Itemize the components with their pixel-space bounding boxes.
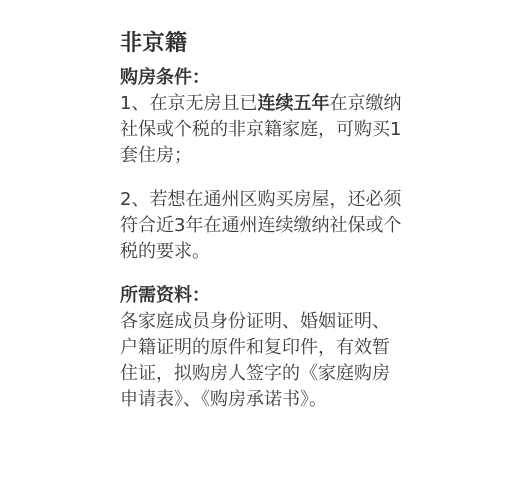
text-line: 户籍证明的原件和复印件，有效暂 xyxy=(120,335,430,361)
required-documents-body: 各家庭成员身份证明、婚姻证明、 户籍证明的原件和复印件，有效暂 住证，拟购房人签… xyxy=(120,309,430,413)
text-line: 各家庭成员身份证明、婚姻证明、 xyxy=(120,309,430,335)
text-line: 套住房； xyxy=(120,143,430,169)
text-run-bold: 连续五年 xyxy=(257,93,329,114)
page-title: 非京籍 xyxy=(120,30,430,58)
section-purchase-conditions: 购房条件： 1、在京无房且已连续五年在京缴纳 社保或个税的非京籍家庭，可购买1 … xyxy=(120,65,430,265)
article: 非京籍 购房条件： 1、在京无房且已连续五年在京缴纳 社保或个税的非京籍家庭，可… xyxy=(120,30,430,413)
text-line: 社保或个税的非京籍家庭，可购买1 xyxy=(120,117,430,143)
text-line: 税的要求。 xyxy=(120,239,430,265)
text-line: 符合近3年在通州连续缴纳社保或个 xyxy=(120,213,430,239)
required-documents-heading: 所需资料： xyxy=(120,283,430,309)
text-run: 在京缴纳 xyxy=(329,93,401,114)
text-line: 申请表》、《购房承诺书》。 xyxy=(120,387,430,413)
condition-item-1: 1、在京无房且已连续五年在京缴纳 社保或个税的非京籍家庭，可购买1 套住房； xyxy=(120,91,430,169)
section-required-documents: 所需资料： 各家庭成员身份证明、婚姻证明、 户籍证明的原件和复印件，有效暂 住证… xyxy=(120,283,430,413)
purchase-conditions-heading: 购房条件： xyxy=(120,65,430,91)
text-run: 1、在京无房且已 xyxy=(120,93,257,114)
faint-watermark: · · · · · · · · xyxy=(248,488,468,498)
condition-item-2: 2、若想在通州区购买房屋，还必须 符合近3年在通州连续缴纳社保或个 税的要求。 xyxy=(120,187,430,265)
text-line: 1、在京无房且已连续五年在京缴纳 xyxy=(120,91,430,117)
page: 非京籍 购房条件： 1、在京无房且已连续五年在京缴纳 社保或个税的非京籍家庭，可… xyxy=(0,0,512,500)
text-line: 住证，拟购房人签字的《家庭购房 xyxy=(120,361,430,387)
text-line: 2、若想在通州区购买房屋，还必须 xyxy=(120,187,430,213)
